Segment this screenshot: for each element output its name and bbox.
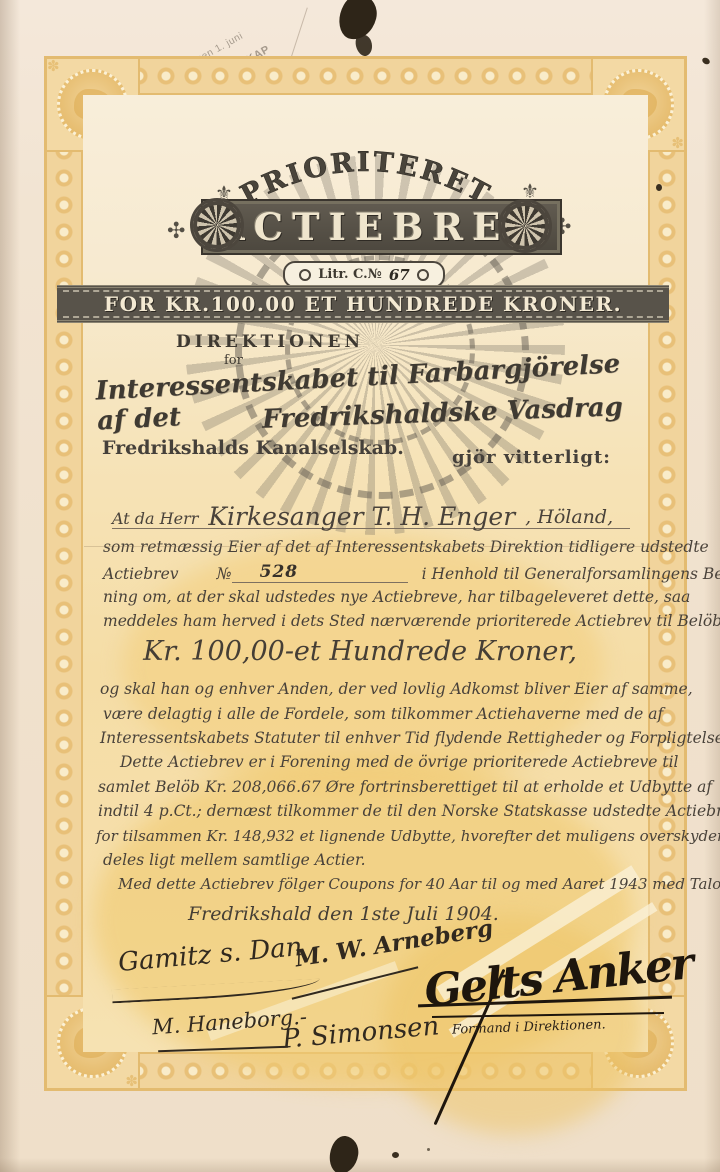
share-number-line: Actiebrev № 528 i Henhold til Generalfor… xyxy=(103,562,720,583)
number-sign: № xyxy=(217,564,232,583)
actiebrev-label: Actiebrev xyxy=(103,565,179,583)
body-line: meddeles ham herved i dets Sted nærværen… xyxy=(103,612,720,630)
amount-headline: Kr. 100,00-et Hundrede Kroner, xyxy=(140,636,580,667)
company-name: Fredrikshalds Kanalselskab. xyxy=(102,437,404,459)
holder-name: Kirkesanger T. H. Enger xyxy=(208,502,515,531)
body-line: være delagtig i alle de Fordele, som til… xyxy=(103,705,663,723)
holder-place: , Höland, xyxy=(525,506,613,528)
for-word: for xyxy=(224,353,243,368)
plaque-dot-icon xyxy=(417,269,429,281)
frame-border-top xyxy=(45,57,686,95)
frame-border-left xyxy=(45,57,83,1090)
share-number-blank: 528 xyxy=(232,562,408,583)
body-line: Med dette Actiebrev fölger Coupons for 4… xyxy=(118,875,720,893)
rosette-wheel-icon xyxy=(501,202,549,250)
rosette-wheel-icon xyxy=(193,201,241,249)
face-value-text: FOR KR.100.00 ET HUNDREDE KRONER. xyxy=(104,292,622,316)
body-line: for tilsammen Kr. 148,932 et lignende Ud… xyxy=(96,827,720,845)
series-number: 67 xyxy=(389,266,410,284)
share-number-value: 528 xyxy=(260,562,299,582)
direktionen-heading: DIREKTIONEN xyxy=(176,332,364,352)
salutation: At da Herr xyxy=(112,509,198,528)
cross-ornament-icon: ✣ xyxy=(167,219,185,244)
certificate-scan: Ved vedtak av generalforsamlingen 1. jun… xyxy=(0,0,720,1172)
ink-speck xyxy=(392,1152,399,1158)
ink-speck xyxy=(656,184,662,191)
fan-ornament: ✽ xyxy=(125,1072,138,1090)
body-line: og skal han og enhver Anden, der ved lov… xyxy=(100,680,693,698)
plaque-dot-icon xyxy=(299,269,311,281)
body-line: samlet Belöb Kr. 208,066.67 Øre fortrins… xyxy=(98,778,712,796)
body-line: ning om, at der skal udstedes nye Actieb… xyxy=(103,588,690,606)
body-line: Dette Actiebrev er i Forening med de övr… xyxy=(120,753,679,771)
series-label: Litr. C.№ xyxy=(318,267,382,282)
fan-ornament: ✽ xyxy=(47,57,60,75)
scan-shadow-left xyxy=(0,0,20,1172)
fold-crease xyxy=(84,546,686,547)
value-banner: FOR KR.100.00 ET HUNDREDE KRONER. xyxy=(57,285,669,323)
body-line: som retmæssig Eier af det af Interessent… xyxy=(103,538,709,556)
fan-ornament: ✽ xyxy=(671,134,684,152)
body-line: i Henhold til Generalforsamlingens Beslu… xyxy=(422,565,720,583)
body-line: Interessentskabets Statuter til enhver T… xyxy=(100,729,720,747)
scan-shadow-right xyxy=(704,0,720,1172)
attest-phrase: gjör vitterligt: xyxy=(452,447,611,468)
certificate-title: ACTIEBREV xyxy=(216,205,547,249)
scan-shadow-bottom xyxy=(0,1158,720,1172)
body-line: indtil 4 p.Ct.; dernæst tilkommer de til… xyxy=(98,802,720,820)
ink-blot-top-drip xyxy=(353,32,376,58)
ink-speck xyxy=(427,1148,430,1151)
body-line: deles ligt mellem samtlige Actier. xyxy=(103,851,366,869)
holder-line: At da Herr Kirkesanger T. H. Enger , Höl… xyxy=(112,494,630,529)
series-number-plaque: Litr. C.№ 67 xyxy=(283,261,445,288)
